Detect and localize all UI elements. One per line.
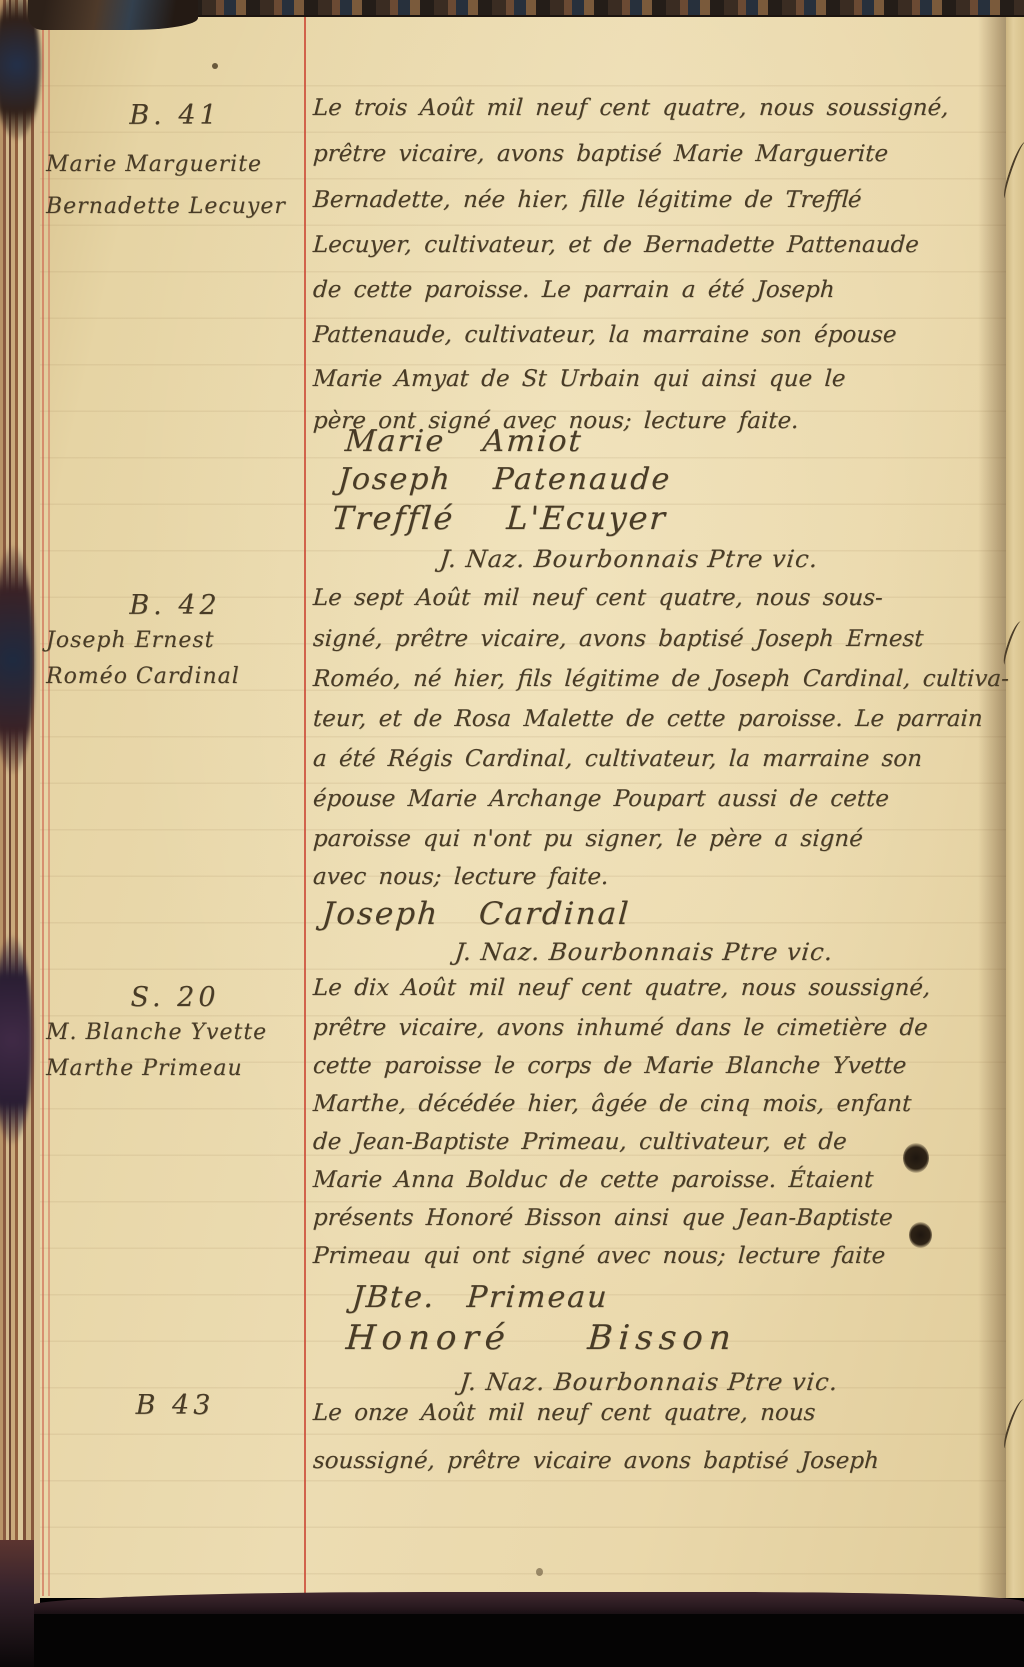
signature: Joseph Patenaude	[337, 462, 673, 497]
parish-register-scan: B. 41 Marie Marguerite Bernadette Lecuye…	[0, 0, 1024, 1667]
signature: JBte. Primeau	[351, 1280, 610, 1315]
record-line: paroisse qui n'ont pu signer, le père a …	[312, 826, 863, 852]
entry-number: S. 20	[60, 982, 290, 1013]
margin-rule-line	[304, 14, 306, 1602]
book-binding-edge	[0, 0, 40, 1667]
record-line: prêtre vicaire, avons inhumé dans le cim…	[312, 1015, 928, 1041]
facing-page-sliver	[1006, 13, 1024, 1598]
record-line: Marie Anna Bolduc de cette paroisse. Éta…	[312, 1167, 874, 1193]
record-line: Le trois Août mil neuf cent quatre, nous…	[312, 95, 949, 121]
record-line: Le onze Août mil neuf cent quatre, nous	[312, 1400, 816, 1426]
record-line: soussigné, prêtre vicaire avons baptisé …	[312, 1448, 879, 1474]
record-line: avec nous; lecture faite.	[312, 864, 609, 890]
record-line: a été Régis Cardinal, cultivateur, la ma…	[312, 746, 922, 772]
record-line: Marie Amyat de St Urbain qui ainsi que l…	[312, 366, 846, 392]
record-line: teur, et de Rosa Malette de cette parois…	[312, 706, 983, 732]
record-line: Lecuyer, cultivateur, et de Bernadette P…	[312, 232, 919, 258]
ink-speck	[212, 63, 218, 69]
bottom-left-corner	[0, 1540, 34, 1667]
record-line: de Jean-Baptiste Primeau, cultivateur, e…	[312, 1129, 847, 1155]
book-top-edge-corner	[28, 0, 198, 30]
officiant-signature: J. Naz. Bourbonnais Ptre vic.	[439, 545, 820, 573]
record-line: Primeau qui ont signé avec nous; lecture…	[312, 1243, 886, 1269]
record-line: épouse Marie Archange Poupart aussi de c…	[312, 786, 889, 812]
record-line: Roméo, né hier, fils légitime de Joseph …	[312, 666, 1009, 692]
record-line: prêtre vicaire, avons baptisé Marie Marg…	[312, 141, 888, 167]
margin-name-line: Joseph Ernest	[46, 628, 215, 653]
signature: Trefflé L'Ecuyer	[331, 499, 669, 537]
officiant-signature: J. Naz. Bourbonnais Ptre vic.	[454, 938, 835, 966]
hole-mark	[909, 1222, 932, 1248]
background-below-book	[0, 1614, 1024, 1667]
signature: Joseph Cardinal	[321, 896, 632, 932]
record-line: Pattenaude, cultivateur, la marraine son…	[312, 322, 897, 348]
signature: Marie Amiot	[344, 424, 584, 459]
record-line: Le dix Août mil neuf cent quatre, nous s…	[312, 975, 931, 1001]
margin-name-line: M. Blanche Yvette	[46, 1020, 267, 1045]
record-line: Le sept Août mil neuf cent quatre, nous …	[312, 585, 883, 611]
record-line: Marthe, décédée hier, âgée de cinq mois,…	[312, 1091, 912, 1117]
page-fold-shadow	[978, 13, 1008, 1598]
record-line: de cette paroisse. Le parrain a été Jose…	[312, 277, 835, 303]
ink-speck	[536, 1568, 543, 1576]
hole-mark	[903, 1143, 929, 1173]
entry-number: B. 42	[60, 590, 290, 621]
left-edge-rule-line	[42, 26, 44, 1596]
record-line: signé, prêtre vicaire, avons baptisé Jos…	[312, 626, 924, 652]
entry-number: B. 41	[60, 100, 290, 131]
signature: Honoré Bisson	[345, 1318, 739, 1358]
officiant-signature: J. Naz. Bourbonnais Ptre vic.	[459, 1368, 840, 1396]
record-line: présents Honoré Bisson ainsi que Jean-Ba…	[312, 1205, 893, 1231]
left-edge-rule-line-2	[48, 26, 50, 1596]
margin-name-line: Marie Marguerite	[46, 152, 262, 177]
entry-number: B 43	[60, 1390, 290, 1421]
record-line: cette paroisse le corps de Marie Blanche…	[312, 1053, 907, 1079]
margin-name-line: Bernadette Lecuyer	[46, 194, 286, 219]
margin-name-line: Marthe Primeau	[46, 1056, 243, 1081]
margin-name-line: Roméo Cardinal	[46, 664, 240, 689]
record-line: Bernadette, née hier, fille légitime de …	[312, 187, 862, 213]
